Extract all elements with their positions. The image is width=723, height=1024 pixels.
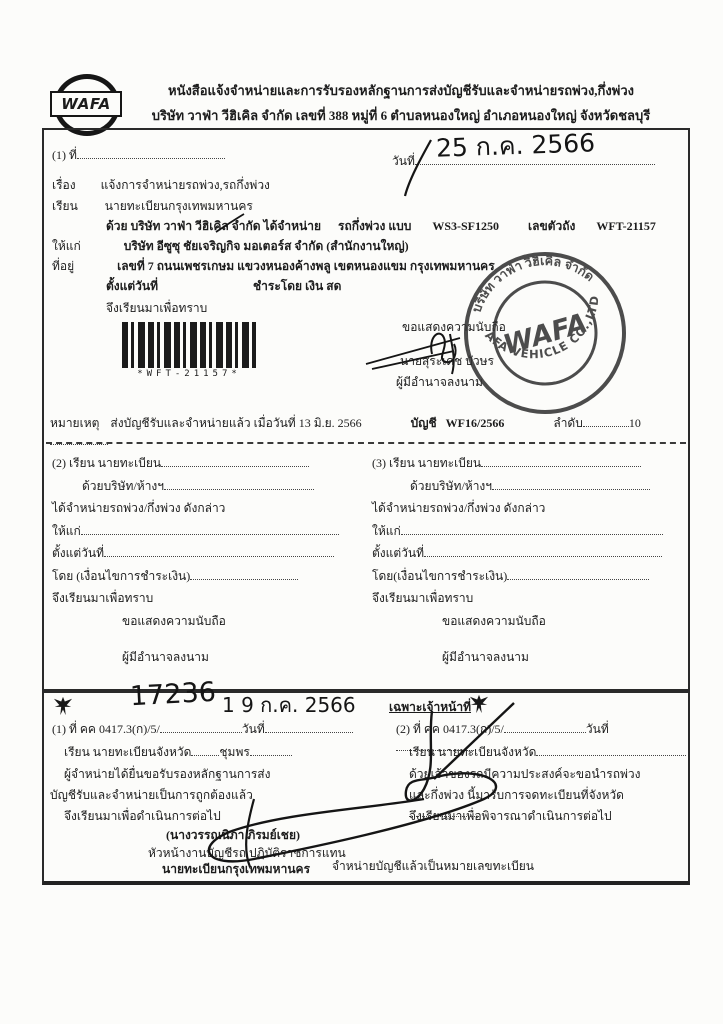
dashed-divider xyxy=(46,442,686,444)
company-address-line: บริษัท วาฟ่า วีฮิเคิล จำกัด เลขที่ 388 ห… xyxy=(118,105,684,126)
buyer-row: ให้แก่ บริษัท อีซูซุ ชัยเจริญกิจ มอเตอร์… xyxy=(52,237,409,256)
registrar-copy-3: (3) เรียน นายทะเบียน ด้วยบริษัท/ห้างฯ ได… xyxy=(372,452,687,669)
company-stamp: บริษัท วาฟ่า วีฮิเคิล จำกัด WAFA VEHICLE… xyxy=(460,248,630,418)
ref-number-row: (1) ที่ xyxy=(52,146,225,165)
s2-to-label: (2) เรียน นายทะเบียน xyxy=(52,456,161,470)
address-label: ที่อยู่ xyxy=(52,259,74,273)
s3-since-label: ตั้งแต่วันที่ xyxy=(372,546,424,560)
barcode-bars-icon xyxy=(122,322,256,368)
s3-respect: ขอแสดงความนับถือ xyxy=(442,614,546,628)
document-title: หนังสือแจ้งจำหน่ายและการรับรองหลักฐานการ… xyxy=(118,80,684,101)
note-label: หมายเหตุ xyxy=(50,416,99,430)
wafa-logo-text: WAFA xyxy=(50,91,122,117)
since-row: ตั้งแต่วันที่ ชำระโดย เงิน สด xyxy=(106,277,341,296)
s3-signer-title: ผู้มีอำนาจลงนาม xyxy=(442,650,529,664)
chassis-label: เลขตัวถัง xyxy=(528,219,575,233)
order-number: 10 xyxy=(629,416,641,430)
s2-closing-line: จึงเรียนมาเพื่อทราบ xyxy=(52,591,153,605)
since-label: ตั้งแต่วันที่ xyxy=(106,279,158,293)
s3-closing-line: จึงเรียนมาเพื่อทราบ xyxy=(372,591,473,605)
s3-company-label: ด้วยบริษัท/ห้างฯ xyxy=(410,479,492,493)
ref-label: (1) ที่ xyxy=(52,148,77,162)
registrar-copy-2: (2) เรียน นายทะเบียน ด้วยบริษัท/ห้างฯ ได… xyxy=(52,452,367,669)
closing-line: จึงเรียนมาเพื่อทราบ xyxy=(106,299,207,318)
s2-condition-label: โดย (เงื่อนไขการชำระเงิน) xyxy=(52,569,190,583)
buyer-name: บริษัท อีซูซุ ชัยเจริญกิจ มอเตอร์ส จำกัด… xyxy=(124,239,409,253)
s3-to-label: (3) เรียน นายทะเบียน xyxy=(372,456,481,470)
handwritten-date: 25 ก.ค. 2566 xyxy=(435,123,595,169)
officials-box: 17236 1 9 ก.ค. 2566 เฉพาะเจ้าหน้าที่ (1)… xyxy=(42,691,690,885)
vehicle-model: WS3-SF1250 xyxy=(432,219,499,233)
account-number: WF16/2566 xyxy=(446,416,505,430)
subject-label: เรื่อง xyxy=(52,178,76,192)
barcode: *WFT-21157* xyxy=(122,322,256,379)
s3-condition-label: โดย(เงื่อนไขการชำระเงิน) xyxy=(372,569,507,583)
vehicle-type: รถกึ่งพ่วง แบบ xyxy=(338,219,411,233)
handwritten-tick-mark xyxy=(214,212,248,234)
svg-text:บริษัท วาฟ่า วีฮิเคิล จำกัด: บริษัท วาฟ่า วีฮิเคิล จำกัด xyxy=(460,248,599,317)
s3-sold-line: ได้จำหน่ายรถพ่วง/กึ่งพ่วง ดังกล่าว xyxy=(372,501,545,515)
chassis-number: WFT-21157 xyxy=(596,219,656,233)
sale-detail-row: ด้วย บริษัท วาฟ่า วีฮิเคิล จำกัด ได้จำหน… xyxy=(106,217,656,236)
subject-text: แจ้งการจำหน่ายรถพ่วง,รถกึ่งพ่วง xyxy=(101,178,270,192)
wafa-logo: WAFA xyxy=(52,74,116,130)
account-label: บัญชี xyxy=(411,416,437,430)
scanned-document: WAFA หนังสือแจ้งจำหน่ายและการรับรองหลักฐ… xyxy=(0,0,723,1024)
stamp-arc-top-text: บริษัท วาฟ่า วีฮิเคิล จำกัด xyxy=(460,248,599,317)
official-signature xyxy=(184,681,524,877)
s2-signer-title: ผู้มีอำนาจลงนาม xyxy=(122,650,209,664)
subject-row: เรื่อง แจ้งการจำหน่ายรถพ่วง,รถกึ่งพ่วง xyxy=(52,176,270,195)
official-left-ref: (1) ที่ คค 0417.3(ก)/5/ xyxy=(52,722,160,736)
s2-towhom-label: ให้แก่ xyxy=(52,524,81,538)
s2-respect: ขอแสดงความนับถือ xyxy=(122,614,226,628)
barcode-text: *WFT-21157* xyxy=(122,369,256,379)
official-left-to: เรียน นายทะเบียนจังหวัด xyxy=(64,745,191,759)
main-letter-box: (1) ที่ วันที่ 25 ก.ค. 2566 เรื่อง แจ้งก… xyxy=(42,128,690,691)
official-right-date-label: วันที่ xyxy=(586,722,609,736)
handwritten-slash-mark xyxy=(399,138,439,198)
garuda-emblem-icon xyxy=(52,696,74,716)
addressee-label: เรียน xyxy=(52,199,78,213)
buyer-address: เลขที่ 7 ถนนเพชรเกษม แขวงหนองค้างพลู เขต… xyxy=(117,259,494,273)
addressee-text: นายทะเบียนกรุงเทพมหานคร xyxy=(105,199,253,213)
s2-sold-line: ได้จำหน่ายรถพ่วง/กึ่งพ่วง ดังกล่าว xyxy=(52,501,225,515)
s2-company-label: ด้วยบริษัท/ห้างฯ xyxy=(82,479,164,493)
address-row: ที่อยู่ เลขที่ 7 ถนนเพชรเกษม แขวงหนองค้า… xyxy=(52,257,495,276)
buyer-label: ให้แก่ xyxy=(52,239,81,253)
note-text: ส่งบัญชีรับและจำหน่ายแล้ว เมื่อวันที่ 13… xyxy=(110,416,361,430)
s3-towhom-label: ให้แก่ xyxy=(372,524,401,538)
order-label: ลำดับ xyxy=(553,416,583,430)
s2-since-label: ตั้งแต่วันที่ xyxy=(52,546,104,560)
payment-terms: ชำระโดย เงิน สด xyxy=(253,279,341,293)
